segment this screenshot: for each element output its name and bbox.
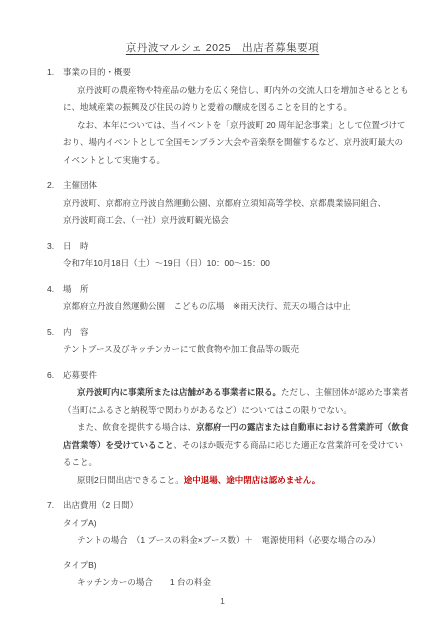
body-text: キッチンカーの場合 1 台の料金 (77, 577, 211, 587)
document-title: 京丹波マルシェ 2025 出店者募集要項 (0, 40, 445, 55)
text-line: に、地域産業の振興及び住民の誇りと愛着の醸成を図ることを目的とする。 (47, 99, 407, 117)
section-number: 2. (47, 177, 63, 195)
text-line: また、飲食を提供する場合は、京都府一円の露店または自動車における営業許可（飲食 (47, 419, 407, 437)
text-line: 京丹波町内に事業所または店舗がある事業者に限る。ただし、主催団体が認めた事業者 (47, 384, 407, 402)
body-text: タイプA) (63, 518, 97, 528)
section-heading-row: 5.内 容 (47, 324, 407, 342)
document-page: 京丹波マルシェ 2025 出店者募集要項 1.事業の目的・概要京丹波町の農産物や… (0, 0, 445, 630)
body-text: 京都府立丹波自然運動公園 こどもの広場 ※雨天決行、荒天の場合は中止 (63, 301, 351, 311)
body-text: 京丹波町の農産物や特産品の魅力を広く発信し、町内外の交流人口を増加させるととも (77, 85, 409, 95)
body-text: ること。 (63, 457, 97, 467)
red-emphasis-text: 途中退場、途中閉店は認めません。 (184, 475, 321, 485)
body-text: おり、場内イベントとして全国モンブラン大会や音楽祭を開催するなど、京丹波町最大の (63, 137, 403, 147)
sections-container: 1.事業の目的・概要京丹波町の農産物や特産品の魅力を広く発信し、町内外の交流人口… (47, 64, 407, 592)
text-line: 京丹波町、京都府立丹波自然運動公園、京都府立須知高等学校、京都農業協同組合、 (47, 195, 407, 213)
section-heading: 日 時 (63, 238, 89, 256)
text-line: イベントとして実施する。 (47, 152, 407, 170)
body-text: なお、本年については、当イベントを「京丹波町 20 周年記念事業」として位置づけ… (77, 120, 406, 130)
text-line: 原則2日間出店できること。途中退場、途中閉店は認めません。 (47, 472, 407, 490)
section-heading-row: 1.事業の目的・概要 (47, 64, 407, 82)
section-heading-row: 4.場 所 (47, 281, 407, 299)
section-number: 4. (47, 281, 63, 299)
text-line: テントブース及びキッチンカーにて飲食物や加工食品等の販売 (47, 341, 407, 359)
text-line: なお、本年については、当イベントを「京丹波町 20 周年記念事業」として位置づけ… (47, 117, 407, 135)
text-line: 店営業等）を受けていること、そのほか販売する商品に応じた適正な営業許可を受けてい (47, 437, 407, 455)
section-heading: 出店費用（2 日間） (63, 497, 138, 515)
section: 4.場 所京都府立丹波自然運動公園 こどもの広場 ※雨天決行、荒天の場合は中止 (47, 281, 407, 316)
bold-text: 店営業等）を受けていること (63, 440, 174, 450)
section-number: 3. (47, 238, 63, 256)
section: 1.事業の目的・概要京丹波町の農産物や特産品の魅力を広く発信し、町内外の交流人口… (47, 64, 407, 169)
body-text: 原則2日間出店できること。 (77, 475, 184, 485)
section-heading-row: 7.出店費用（2 日間） (47, 497, 407, 515)
section-heading: 主催団体 (63, 177, 97, 195)
section: 5.内 容テントブース及びキッチンカーにて飲食物や加工食品等の販売 (47, 324, 407, 359)
body-text: テントの場合 （1 ブースの料金×ブース数）＋ 電源使用料（必要な場合のみ） (77, 535, 381, 545)
bold-text: 京丹波町内に事業所または店舗がある事業者に限る。 (77, 387, 281, 397)
section: 2.主催団体京丹波町、京都府立丹波自然運動公園、京都府立須知高等学校、京都農業協… (47, 177, 407, 230)
text-line: （当町にふるさと納税等で関わりがあるなど）についてはこの限りでない。 (47, 402, 407, 420)
text-line: 京丹波町の農産物や特産品の魅力を広く発信し、町内外の交流人口を増加させるととも (47, 82, 407, 100)
section-number: 7. (47, 497, 63, 515)
section: 3.日 時令和7年10月18日（土）～19日（日）10：00～15：00 (47, 238, 407, 273)
text-line: おり、場内イベントとして全国モンブラン大会や音楽祭を開催するなど、京丹波町最大の (47, 134, 407, 152)
section-number: 1. (47, 64, 63, 82)
section: 6.応募要件京丹波町内に事業所または店舗がある事業者に限る。ただし、主催団体が認… (47, 367, 407, 490)
body-text: イベントとして実施する。 (63, 155, 165, 165)
body-text: テントブース及びキッチンカーにて飲食物や加工食品等の販売 (63, 344, 299, 354)
section-heading: 応募要件 (63, 367, 97, 385)
section-heading: 事業の目的・概要 (63, 64, 131, 82)
body-text: 京丹波町、京都府立丹波自然運動公園、京都府立須知高等学校、京都農業協同組合、 (63, 198, 386, 208)
body-text: に、地域産業の振興及び住民の誇りと愛着の醸成を図ることを目的とする。 (63, 102, 352, 112)
body-text: 京丹波町商工会、（一社）京丹波町観光協会 (63, 215, 229, 225)
text-line: ること。 (47, 454, 407, 472)
text-line: キッチンカーの場合 1 台の料金 (47, 574, 407, 592)
section-heading: 場 所 (63, 281, 89, 299)
section-number: 5. (47, 324, 63, 342)
body-text: タイプB) (63, 560, 97, 570)
section-number: 6. (47, 367, 63, 385)
text-line: 京都府立丹波自然運動公園 こどもの広場 ※雨天決行、荒天の場合は中止 (47, 298, 407, 316)
section-heading: 内 容 (63, 324, 89, 342)
bold-text: 京都府一円の露店または自動車における営業許可（飲食 (196, 422, 409, 432)
text-line: テントの場合 （1 ブースの料金×ブース数）＋ 電源使用料（必要な場合のみ） (47, 532, 407, 550)
text-line: タイプA) (47, 515, 407, 533)
body-text: また、飲食を提供する場合は、 (77, 422, 196, 432)
body-text: 、そのほか販売する商品に応じた適正な営業許可を受けてい (174, 440, 404, 450)
text-line: タイプB) (47, 557, 407, 575)
text-line: 令和7年10月18日（土）～19日（日）10：00～15：00 (47, 255, 407, 273)
body-text: ただし、主催団体が認めた事業者 (281, 387, 409, 397)
body-text: （当町にふるさと納税等で関わりがあるなど）についてはこの限りでない。 (63, 405, 352, 415)
section-heading-row: 3.日 時 (47, 238, 407, 256)
text-line: 京丹波町商工会、（一社）京丹波町観光協会 (47, 212, 407, 230)
section-heading-row: 2.主催団体 (47, 177, 407, 195)
body-text: 令和7年10月18日（土）～19日（日）10：00～15：00 (63, 258, 270, 268)
page-number: 1 (0, 596, 445, 606)
section-heading-row: 6.応募要件 (47, 367, 407, 385)
section: 7.出店費用（2 日間）タイプA)テントの場合 （1 ブースの料金×ブース数）＋… (47, 497, 407, 592)
